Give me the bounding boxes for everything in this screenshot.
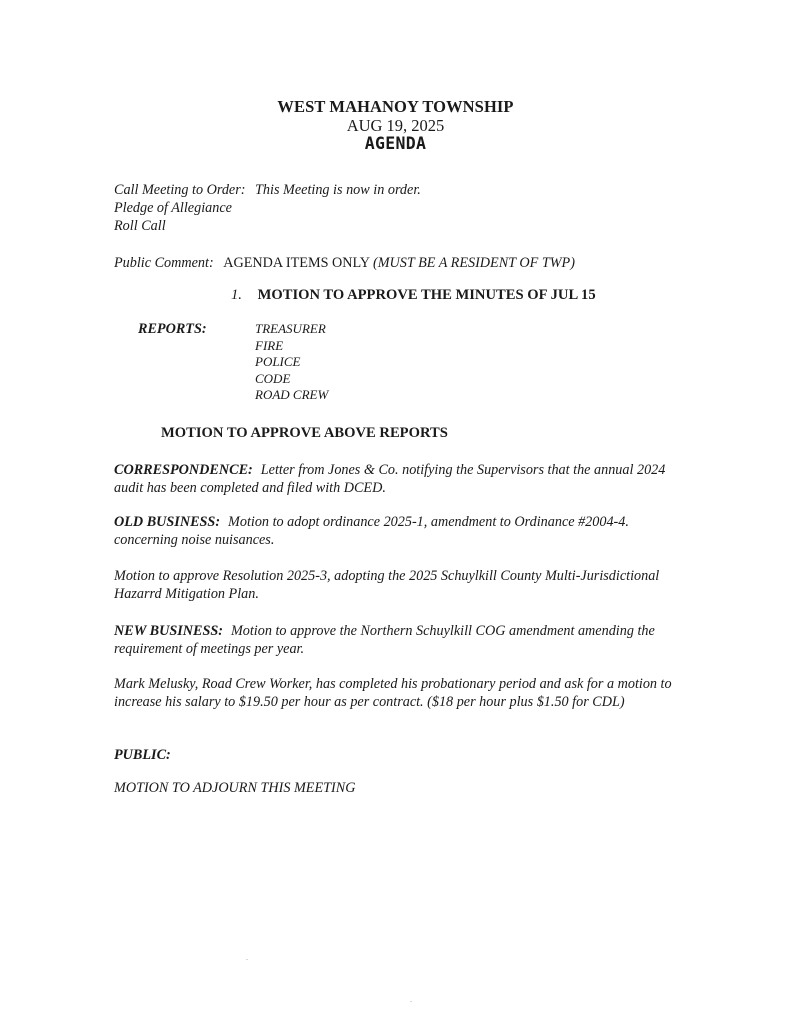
new-business-section: NEW BUSINESS:Motion to approve the North… [114,623,684,658]
report-item-treasurer: TREASURER [255,321,328,338]
public-comment-label: Public Comment: [114,255,214,271]
roll-call: Roll Call [114,218,166,235]
report-item-road-crew: ROAD CREW [255,387,328,404]
call-to-order: Call Meeting to Order: This Meeting is n… [114,182,421,199]
report-item-police: POLICE [255,354,328,371]
reports-list: TREASURER FIRE POLICE CODE ROAD CREW [255,321,328,404]
pledge-of-allegiance: Pledge of Allegiance [114,200,232,217]
public-comment: Public Comment: AGENDA ITEMS ONLY (MUST … [114,255,575,272]
call-to-order-label: Call Meeting to Order: [114,182,245,198]
motion-approve-minutes: 1. MOTION TO APPROVE THE MINUTES OF JUL … [231,287,596,304]
public-comment-note: (MUST BE A RESIDENT OF TWP) [373,255,575,271]
scan-speck [410,1001,412,1002]
motion-approve-reports: MOTION TO APPROVE ABOVE REPORTS [161,425,448,442]
public-label: PUBLIC: [114,747,171,764]
old-business-label: OLD BUSINESS: [114,514,220,530]
reports-label: REPORTS: [138,321,207,338]
motion-adjourn: MOTION TO ADJOURN THIS MEETING [114,780,355,797]
new-business-item-2: Mark Melusky, Road Crew Worker, has comp… [114,676,684,711]
document-heading: AGENDA [0,134,791,153]
new-business-label: NEW BUSINESS: [114,623,223,639]
motion-approve-minutes-text: MOTION TO APPROVE THE MINUTES OF JUL 15 [258,287,596,303]
report-item-code: CODE [255,371,328,388]
report-item-fire: FIRE [255,338,328,355]
agenda-page: WEST MAHANOY TOWNSHIP AUG 19, 2025 AGEND… [0,0,791,1024]
call-to-order-text: This Meeting is now in order. [255,182,421,198]
public-comment-text: AGENDA ITEMS ONLY [223,255,369,271]
old-business-section: OLD BUSINESS:Motion to adopt ordinance 2… [114,514,684,549]
correspondence-section: CORRESPONDENCE:Letter from Jones & Co. n… [114,462,684,497]
old-business-item-2: Motion to approve Resolution 2025-3, ado… [114,568,684,603]
scan-speck [246,959,248,960]
organization-title: WEST MAHANOY TOWNSHIP [0,97,791,117]
correspondence-label: CORRESPONDENCE: [114,462,253,478]
meeting-date: AUG 19, 2025 [0,116,791,136]
motion-number: 1. [231,287,242,303]
